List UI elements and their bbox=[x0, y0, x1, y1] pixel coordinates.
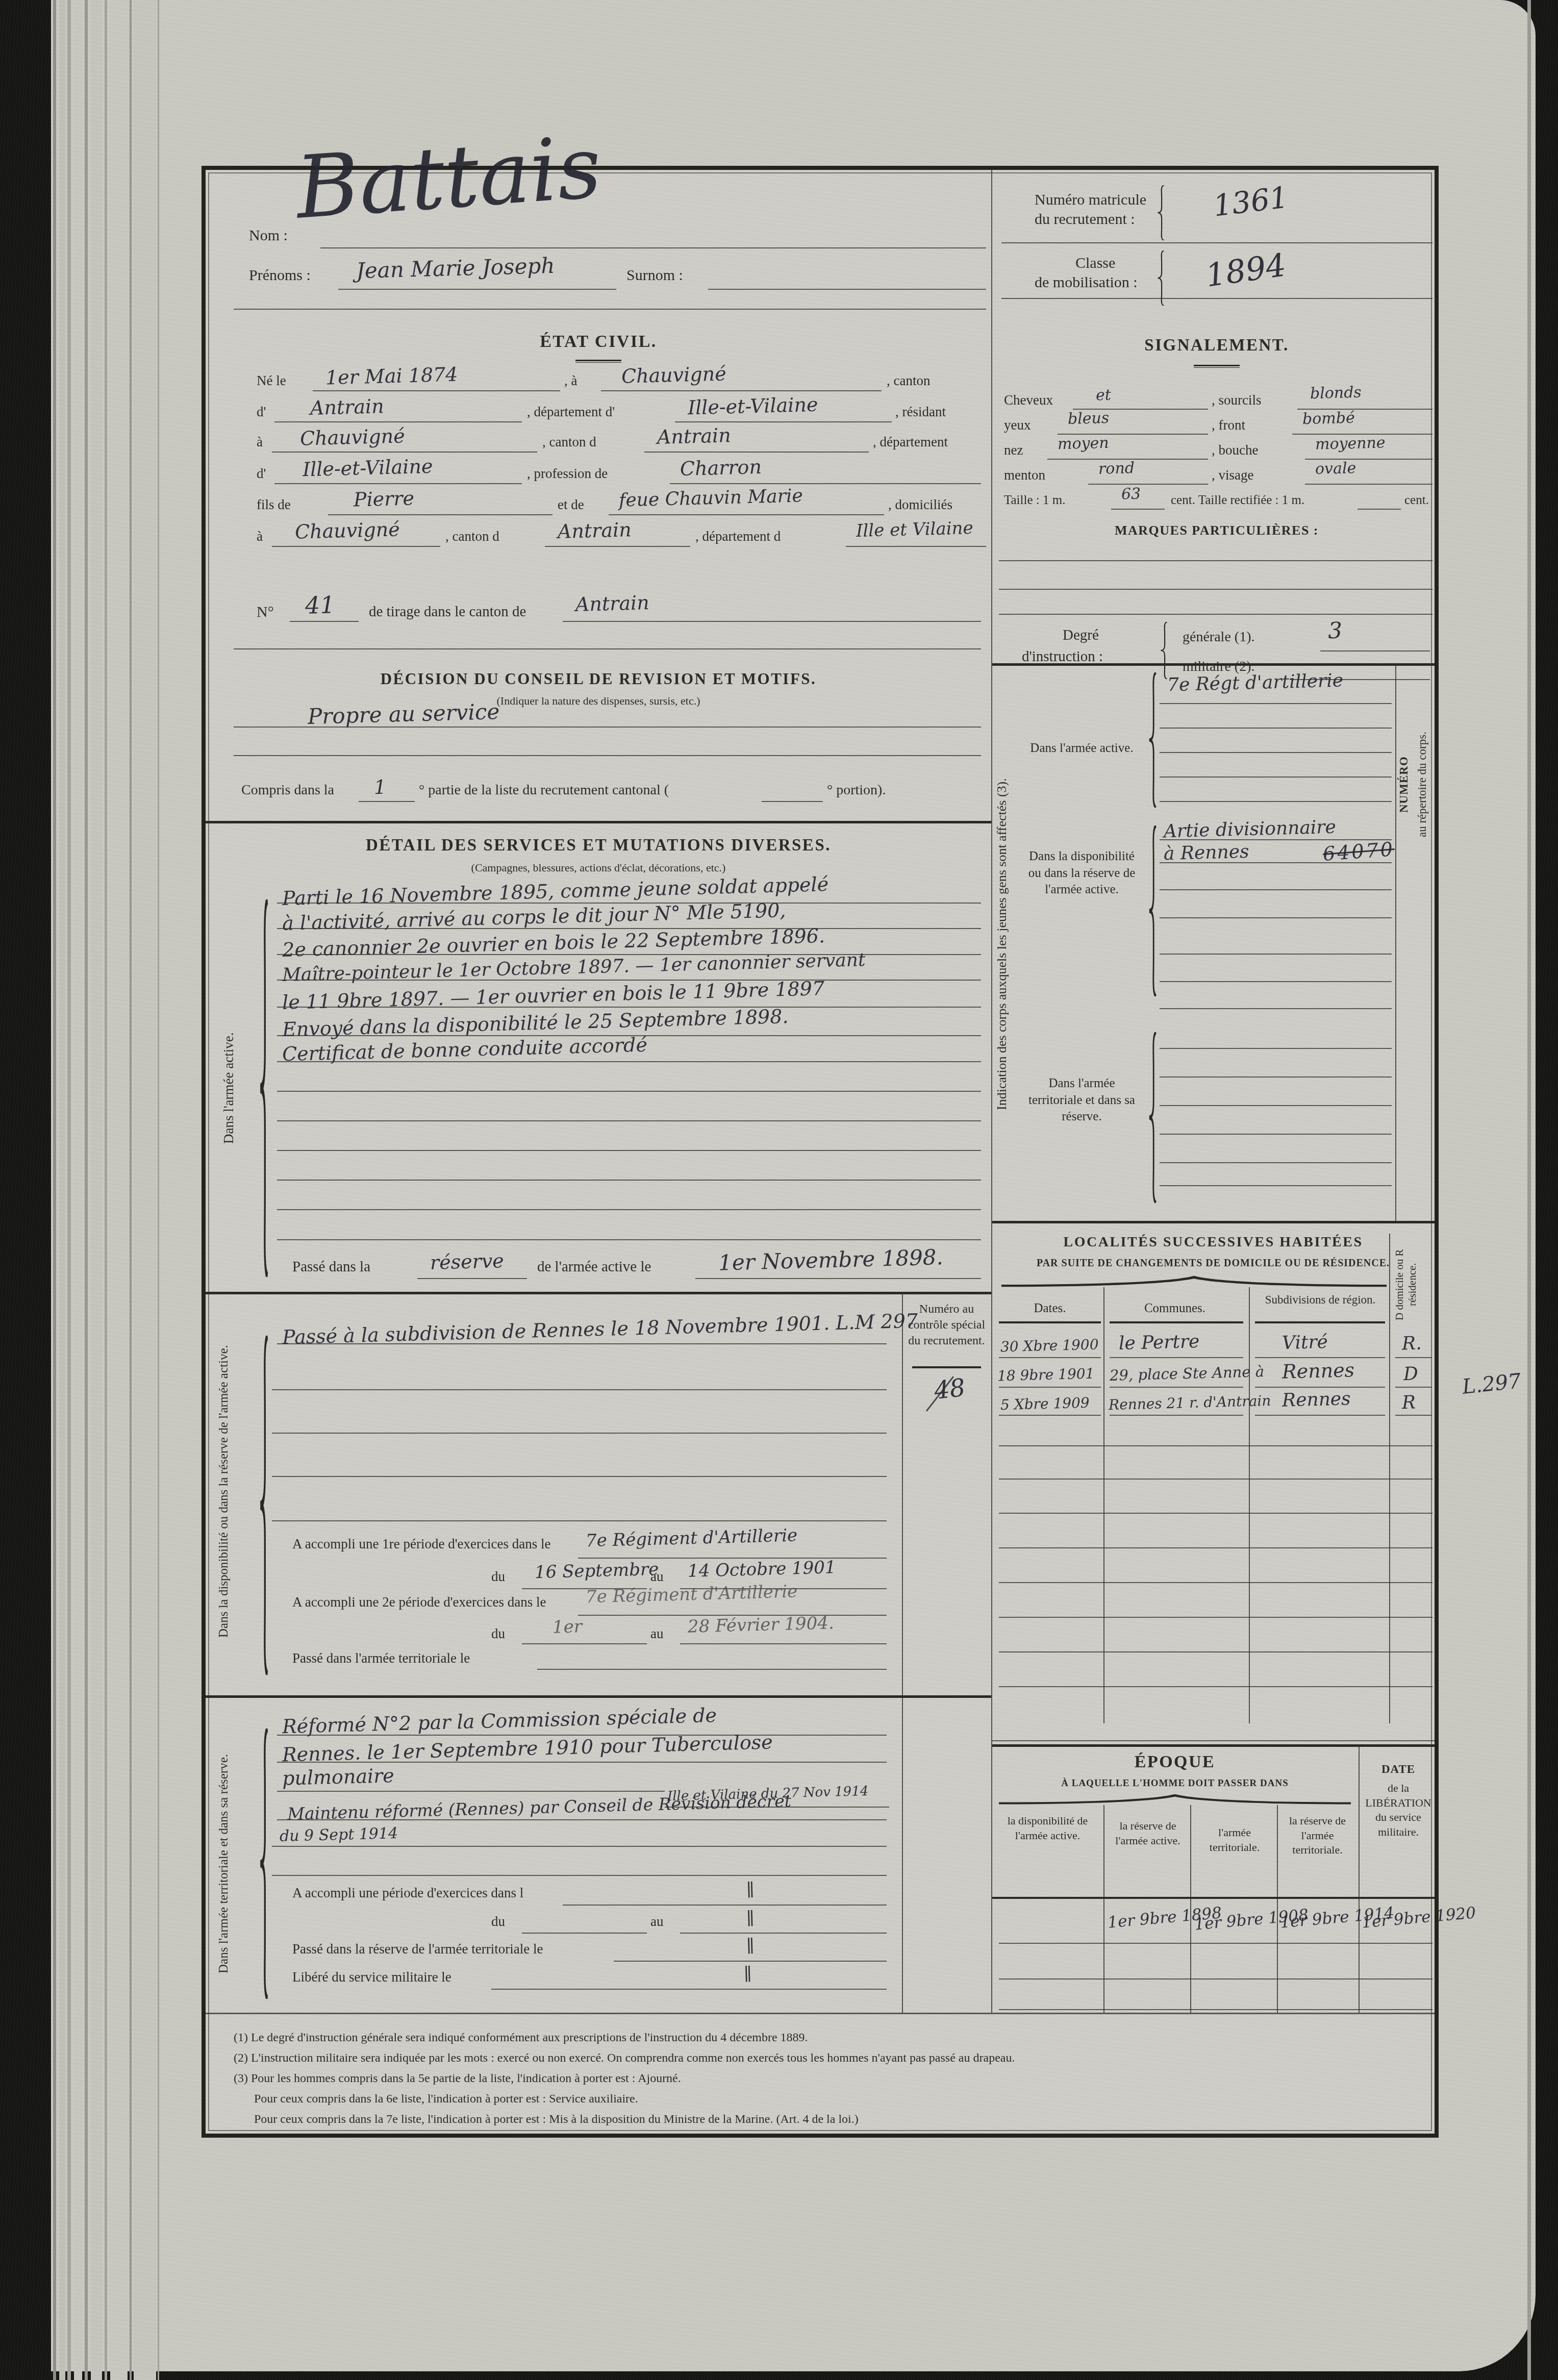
row-rule bbox=[1255, 1387, 1385, 1388]
nom-label: Nom : bbox=[249, 227, 288, 244]
fill-line bbox=[234, 726, 981, 728]
ec-l3-p3: , département bbox=[873, 434, 948, 450]
terr-reserve-label: Passé dans la réserve de l'armée territo… bbox=[292, 1941, 543, 1957]
classe-label-line2: de mobilisation : bbox=[1035, 274, 1138, 291]
matricule-label-line2: du recrutement : bbox=[1035, 211, 1135, 228]
null-mark: ∥ bbox=[746, 1909, 755, 1929]
blank-ruled-line bbox=[234, 309, 986, 310]
localites-row-dr: D bbox=[1403, 1364, 1418, 1385]
fill-line bbox=[1111, 509, 1165, 510]
brace-ornament bbox=[999, 1794, 1351, 1806]
front-value: bombé bbox=[1302, 409, 1355, 429]
blank-ruled-line bbox=[999, 614, 1433, 615]
blank-ruled-line bbox=[999, 1445, 1433, 1446]
periode1-label: A accompli une 1re période d'exercices d… bbox=[292, 1536, 550, 1552]
blank-ruled-line bbox=[999, 1582, 1433, 1583]
null-mark: ∥ bbox=[746, 1880, 755, 1900]
nez-value: moyen bbox=[1058, 434, 1109, 454]
compris-p3: ° portion). bbox=[827, 782, 886, 798]
row-rule bbox=[1110, 1387, 1243, 1388]
ec-l5-p2: et de bbox=[558, 497, 584, 513]
section-divider bbox=[992, 663, 1435, 666]
sourcils-value: blonds bbox=[1310, 384, 1362, 403]
libere-label: Libéré du service militaire le bbox=[292, 1969, 451, 1985]
table-top-rule-thick bbox=[992, 1744, 1435, 1747]
blank-ruled-line bbox=[1160, 1076, 1392, 1078]
decision-subtitle: (Indiquer la nature des dispenses, sursi… bbox=[497, 694, 700, 708]
bouche-value: moyenne bbox=[1315, 434, 1386, 454]
fill-line bbox=[601, 390, 882, 391]
fill-line bbox=[563, 621, 981, 622]
fill-line bbox=[274, 483, 522, 484]
decision-value: Propre au service bbox=[307, 699, 499, 729]
blank-ruled-line bbox=[272, 1433, 887, 1434]
classe-value: 1894 bbox=[1203, 246, 1288, 294]
corps-terr-label: Dans l'armée territoriale et dans sa rés… bbox=[1022, 1075, 1142, 1125]
terr-periode-label: A accompli une période d'exercices dans … bbox=[292, 1885, 523, 1901]
cheveux-label: Cheveux bbox=[1004, 392, 1053, 408]
numero-column-divider bbox=[1395, 663, 1396, 1222]
ec-l2-p1: d' bbox=[257, 404, 266, 420]
blank-ruled-line bbox=[272, 1389, 887, 1390]
ec-l2-p3: , résidant bbox=[895, 404, 946, 420]
controle-column-divider bbox=[902, 1292, 903, 2013]
taille-p2: cent. Taille rectifiée : 1 m. bbox=[1171, 493, 1304, 508]
services-title: DÉTAIL DES SERVICES ET MUTATIONS DIVERSE… bbox=[366, 836, 831, 855]
blank-ruled-line bbox=[1160, 1008, 1392, 1009]
fill-line bbox=[522, 1643, 647, 1644]
localites-subtitle: PAR SUITE DE CHANGEMENTS DE DOMICILE OU … bbox=[1037, 1258, 1390, 1269]
brace-ornament bbox=[1155, 250, 1167, 306]
instruction-label-1: Degré bbox=[1063, 627, 1099, 644]
compris-v1: 1 bbox=[373, 776, 386, 799]
fill-line bbox=[274, 421, 522, 422]
controle-value: 48 bbox=[933, 1373, 967, 1405]
blank-ruled-line bbox=[999, 589, 1433, 590]
ec-l2-p2: , département d' bbox=[527, 404, 615, 420]
page-stack-edge bbox=[110, 0, 128, 2380]
blank-ruled-line bbox=[999, 1978, 1433, 1980]
epoque-divider bbox=[1103, 1805, 1104, 2013]
fill-line bbox=[1305, 484, 1433, 485]
blank-ruled-line bbox=[1160, 1162, 1392, 1163]
epoque-date-header-top: DATE bbox=[1363, 1762, 1434, 1777]
tirage-v2: Antrain bbox=[575, 591, 649, 616]
matricule-value: 1361 bbox=[1211, 180, 1290, 223]
periode1-du: du bbox=[491, 1569, 505, 1585]
blank-ruled-line bbox=[272, 1520, 887, 1521]
corps-active-value: 7e Régt d'artillerie bbox=[1167, 670, 1344, 695]
blank-ruled-line bbox=[277, 1180, 981, 1181]
epoque-title: ÉPOQUE bbox=[1135, 1752, 1216, 1772]
fill-line bbox=[680, 1933, 887, 1934]
fill-line bbox=[313, 390, 560, 391]
section-divider bbox=[206, 1695, 991, 1698]
brace-ornament bbox=[1147, 825, 1159, 996]
corps-active-label: Dans l'armée active. bbox=[1022, 740, 1142, 757]
header-divider bbox=[1001, 298, 1433, 299]
localites-row-date: 30 Xbre 1900 bbox=[1000, 1336, 1099, 1355]
brace-ornament bbox=[1001, 1276, 1387, 1288]
section-divider bbox=[206, 821, 991, 823]
nez-label: nez bbox=[1004, 442, 1023, 458]
prenoms-ruled-line bbox=[338, 289, 616, 290]
fill-line bbox=[522, 1933, 647, 1934]
ec-l4-p1: d' bbox=[257, 466, 266, 482]
yeux-label: yeux bbox=[1004, 417, 1031, 433]
row-rule bbox=[999, 1415, 1101, 1416]
section-divider bbox=[992, 1221, 1435, 1223]
tirage-p1: N° bbox=[257, 604, 274, 621]
localites-divider bbox=[1249, 1287, 1250, 1723]
fill-line bbox=[537, 1669, 887, 1670]
blank-ruled-line bbox=[1160, 752, 1392, 753]
header-rule bbox=[1110, 1321, 1243, 1323]
footnote-2: (2) L'instruction militaire sera indiqué… bbox=[234, 2051, 1015, 2065]
corps-side-label: Indication des corps auxquels les jeunes… bbox=[994, 672, 1016, 1216]
fill-line bbox=[277, 1343, 887, 1344]
signalement-title: SIGNALEMENT. bbox=[1144, 336, 1289, 355]
maintenu-date: du 9 Sept 1914 bbox=[280, 1824, 398, 1845]
epoque-header-rule bbox=[992, 1897, 1435, 1899]
surnom-ruled-line bbox=[708, 289, 986, 290]
blank-ruled-line bbox=[999, 1686, 1433, 1687]
epoque-col3-header: l'armée territoriale. bbox=[1194, 1825, 1275, 1855]
blank-ruled-line bbox=[1160, 917, 1392, 918]
yeux-value: bleus bbox=[1068, 409, 1110, 428]
ec-l5-v1: Pierre bbox=[353, 487, 414, 511]
blank-ruled-line bbox=[1160, 776, 1392, 778]
fill-line bbox=[277, 1007, 981, 1008]
terr-side-label: Dans l'armée territoriale et dans sa rés… bbox=[217, 1726, 257, 2001]
fill-line bbox=[670, 483, 981, 484]
blank-ruled-line bbox=[999, 1617, 1433, 1618]
row-rule bbox=[1395, 1415, 1432, 1416]
localites-col-communes: Communes. bbox=[1144, 1301, 1205, 1316]
terr-au: au bbox=[650, 1914, 663, 1930]
row-rule bbox=[1395, 1357, 1432, 1358]
header-divider bbox=[1001, 242, 1433, 243]
etat-civil-title: ÉTAT CIVIL. bbox=[540, 332, 657, 352]
fill-line bbox=[614, 1961, 887, 1962]
ec-l4-v2: Charron bbox=[680, 456, 762, 480]
fill-line bbox=[1088, 484, 1208, 485]
brace-ornament bbox=[1147, 1032, 1159, 1203]
null-mark: ∥ bbox=[746, 1936, 755, 1957]
periode1-from: 16 Septembre bbox=[535, 1559, 659, 1583]
ec-l6-p3: , département d bbox=[695, 529, 781, 544]
fill-line bbox=[328, 514, 552, 515]
fill-line bbox=[417, 1278, 527, 1279]
fill-line bbox=[846, 546, 986, 547]
page-stack-edge bbox=[91, 0, 102, 2380]
fill-line bbox=[277, 1791, 665, 1792]
blank-ruled-line bbox=[1160, 889, 1392, 890]
row-rule bbox=[999, 1943, 1433, 1944]
tirage-p2: de tirage dans le canton de bbox=[369, 604, 526, 620]
decision-title: DÉCISION DU CONSEIL DE REVISION ET MOTIF… bbox=[381, 670, 817, 688]
corps-dispo-value-2: à Rennes bbox=[1163, 841, 1249, 864]
matricule-label-line1: Numéro matricule bbox=[1035, 191, 1146, 209]
compris-p1: Compris dans la bbox=[241, 782, 334, 798]
brace-ornament bbox=[258, 899, 271, 1277]
ec-l1-p2: , à bbox=[564, 373, 577, 389]
footnote-3: (3) Pour les hommes compris dans la 5e p… bbox=[234, 2072, 681, 2086]
fill-line bbox=[277, 1762, 887, 1763]
blank-ruled-line bbox=[1160, 1105, 1392, 1106]
fill-line bbox=[277, 1061, 981, 1062]
visage-label: , visage bbox=[1212, 467, 1253, 483]
localites-divider bbox=[1103, 1287, 1104, 1723]
fill-line bbox=[1160, 728, 1392, 729]
fill-line bbox=[695, 1278, 981, 1279]
blank-ruled-line bbox=[999, 1513, 1433, 1514]
title-rule bbox=[575, 360, 621, 363]
ec-l5-p3: , domiciliés bbox=[888, 497, 952, 513]
blank-ruled-line bbox=[277, 1120, 981, 1121]
ec-l6-v1: Chauvigné bbox=[294, 518, 400, 543]
reforme-line: Rennes. le 1er Septembre 1910 pour Tuber… bbox=[282, 1731, 773, 1766]
numero-repertoire-label-1: NUMÉRO bbox=[1397, 678, 1415, 892]
ec-l3-p1: à bbox=[257, 434, 263, 450]
footnote-5: Pour ceux compris dans la 7e liste, l'in… bbox=[254, 2113, 859, 2126]
reforme-line: Réformé N°2 par la Commission spéciale d… bbox=[282, 1704, 717, 1738]
blank-ruled-line bbox=[277, 1239, 981, 1240]
ec-l1-v2: Chauvigné bbox=[621, 362, 726, 387]
fill-line bbox=[277, 928, 981, 929]
cheveux-value: et bbox=[1096, 386, 1112, 405]
blank-ruled-line bbox=[277, 1091, 981, 1092]
row-rule bbox=[1395, 1387, 1432, 1388]
numero-repertoire-label-2: au répertoire du corps. bbox=[1416, 672, 1431, 897]
ec-l1-v1: 1er Mai 1874 bbox=[325, 363, 458, 389]
periode1-au: au bbox=[650, 1569, 663, 1585]
fill-line bbox=[277, 954, 981, 955]
brace-ornament bbox=[258, 1728, 271, 1999]
column-divider bbox=[991, 170, 992, 2013]
marques-label: MARQUES PARTICULIÈRES : bbox=[1115, 523, 1319, 538]
localites-row-dr: R bbox=[1401, 1392, 1416, 1414]
compris-p2: ° partie de la liste du recrutement cant… bbox=[419, 782, 669, 798]
row-rule bbox=[999, 1357, 1101, 1358]
epoque-col2-header: la réserve de l'armée active. bbox=[1108, 1819, 1188, 1848]
blank-ruled-line bbox=[999, 2009, 1433, 2010]
blank-ruled-line bbox=[999, 1651, 1433, 1652]
periode1-to: 14 Octobre 1901 bbox=[688, 1557, 837, 1582]
blank-ruled-line bbox=[999, 1547, 1433, 1548]
ec-l6-v3: Ille et Vilaine bbox=[856, 518, 974, 541]
periode2-from: 1er bbox=[552, 1616, 582, 1638]
brace-ornament bbox=[1155, 185, 1167, 240]
row-rule bbox=[1110, 1415, 1243, 1416]
corps-dispo-crossed-number: 64070 bbox=[1322, 838, 1396, 865]
periode2-to: 28 Février 1904. bbox=[688, 1613, 835, 1637]
table-top-rule bbox=[992, 1740, 1435, 1741]
fill-line bbox=[644, 452, 869, 453]
periode2-value: 7e Régiment d'Artillerie bbox=[586, 1582, 798, 1608]
ec-l3-v1: Chauvigné bbox=[299, 424, 405, 449]
fill-line bbox=[680, 1643, 887, 1644]
epoque-divider bbox=[1359, 1744, 1360, 2013]
front-label: , front bbox=[1212, 417, 1245, 433]
sourcils-label: , sourcils bbox=[1212, 392, 1262, 408]
prenoms-label: Prénoms : bbox=[249, 267, 311, 284]
brace-ornament bbox=[1147, 672, 1159, 808]
blank-ruled-line bbox=[1160, 954, 1392, 955]
fill-line bbox=[545, 546, 690, 547]
page-stack-edge bbox=[74, 0, 82, 2380]
fill-line bbox=[491, 1989, 887, 1990]
page-stack-edge bbox=[134, 0, 156, 2380]
controle-rule bbox=[912, 1366, 981, 1368]
ec-l6-p2: , canton d bbox=[445, 529, 499, 544]
blank-ruled-line bbox=[1160, 801, 1392, 802]
surname-script: Battais bbox=[293, 117, 605, 238]
taille-value: 63 bbox=[1121, 485, 1141, 504]
localites-row-subdivision: Vitré bbox=[1281, 1332, 1328, 1354]
nom-ruled-line bbox=[320, 247, 986, 248]
ec-l5-v2: feue Chauvin Marie bbox=[619, 485, 803, 511]
brace-ornament bbox=[258, 1336, 271, 1675]
passe-reserve-p1: Passé dans la bbox=[292, 1259, 370, 1275]
fill-line bbox=[359, 801, 415, 802]
localites-row-subdivision: Rennes bbox=[1281, 1359, 1354, 1383]
taille-p3: cent. bbox=[1404, 493, 1429, 508]
epoque-col1-header: la disponibilité de l'armée active. bbox=[995, 1814, 1100, 1843]
section-divider bbox=[206, 1292, 991, 1294]
corps-dispo-label: Dans la disponibilité ou dans la réserve… bbox=[1022, 848, 1142, 898]
header-rule bbox=[1255, 1321, 1385, 1323]
fill-line bbox=[277, 1819, 887, 1820]
fill-line bbox=[1160, 862, 1392, 863]
services-subtitle: (Campagnes, blessures, actions d'éclat, … bbox=[471, 861, 726, 874]
tirage-v1: 41 bbox=[305, 591, 335, 619]
blank-ruled-line bbox=[1160, 1134, 1392, 1135]
blank-ruled-line bbox=[277, 1150, 981, 1151]
epoque-date-header-rest: de la LIBÉRATION du service militaire. bbox=[1363, 1781, 1434, 1839]
ec-l4-p2: , profession de bbox=[527, 466, 608, 482]
fill-line bbox=[563, 1905, 887, 1906]
terr-du: du bbox=[491, 1914, 505, 1930]
blank-ruled-line bbox=[234, 755, 981, 756]
localites-row-subdivision: Rennes bbox=[1281, 1388, 1351, 1411]
form-frame: Nom : Prénoms : Jean Marie Joseph Surnom… bbox=[202, 166, 1439, 2138]
fill-line bbox=[762, 801, 823, 802]
ec-l3-p2: , canton d bbox=[542, 434, 596, 450]
surnom-label: Surnom : bbox=[626, 267, 683, 284]
taille-p1: Taille : 1 m. bbox=[1004, 493, 1065, 508]
menton-value: rond bbox=[1098, 459, 1135, 478]
blank-ruled-line bbox=[272, 1476, 887, 1477]
ec-l6-v2: Antrain bbox=[557, 518, 632, 543]
page-stack-edge bbox=[130, 0, 132, 2380]
instruction-generale-value: 3 bbox=[1327, 618, 1342, 644]
fill-line bbox=[290, 621, 359, 622]
localites-row-date: 5 Xbre 1909 bbox=[1000, 1394, 1090, 1414]
ec-l2-v2: Ille-et-Vilaine bbox=[687, 393, 818, 419]
blank-ruled-line bbox=[999, 1479, 1433, 1480]
controle-label: Numéro au contrôle spécial du recrutemen… bbox=[907, 1301, 986, 1349]
epoque-col4-header: la réserve de l'armée territoriale. bbox=[1278, 1814, 1356, 1858]
ec-l4-v1: Ille-et-Vilaine bbox=[302, 455, 433, 481]
fill-line bbox=[272, 1846, 887, 1847]
localites-col-subdiv: Subdivisions de région. bbox=[1259, 1292, 1381, 1308]
corps-dispo-value-1: Artie divisionnaire bbox=[1164, 817, 1337, 842]
passe-reserve-v2: 1er Novembre 1898. bbox=[718, 1244, 943, 1275]
subdivision-entry: Passé à la subdivision de Rennes le 18 N… bbox=[282, 1310, 918, 1349]
epoque-subtitle: À LAQUELLE L'HOMME DOIT PASSER DANS bbox=[1061, 1778, 1289, 1789]
fill-line bbox=[1358, 509, 1401, 510]
page-stack-edge bbox=[85, 0, 88, 2380]
fill-line bbox=[1320, 650, 1430, 652]
blank-ruled-line bbox=[999, 560, 1433, 561]
page-stack-edge bbox=[59, 0, 65, 2380]
periode2-au: au bbox=[650, 1626, 663, 1642]
ec-l6-p1: à bbox=[257, 529, 263, 544]
ec-l2-v1: Antrain bbox=[310, 395, 384, 419]
brace-ornament bbox=[1159, 622, 1170, 679]
page-stack-edge bbox=[158, 0, 159, 2380]
ec-l1-p3: , canton bbox=[887, 373, 930, 389]
blank-ruled-line bbox=[1160, 1185, 1392, 1186]
fill-line bbox=[675, 421, 892, 422]
blank-ruled-line bbox=[1160, 981, 1392, 982]
localites-title: LOCALITÉS SUCCESSIVES HABITÉES bbox=[1064, 1234, 1363, 1250]
fill-line bbox=[277, 980, 981, 981]
ec-l3-v2: Antrain bbox=[657, 424, 731, 448]
visage-value: ovale bbox=[1315, 459, 1356, 478]
bouche-label: , bouche bbox=[1212, 442, 1258, 458]
page-stack-edge bbox=[105, 0, 107, 2380]
fill-line bbox=[609, 514, 884, 515]
periode2-label: A accompli une 2e période d'exercices da… bbox=[292, 1594, 546, 1610]
reforme-line: pulmonaire bbox=[282, 1764, 394, 1790]
footnote-divider bbox=[206, 2013, 1435, 2014]
title-rule bbox=[1194, 365, 1240, 368]
territoriale-label: Passé dans l'armée territoriale le bbox=[292, 1650, 470, 1666]
classe-label-line1: Classe bbox=[1075, 255, 1115, 272]
fill-line bbox=[272, 452, 537, 453]
fill-line bbox=[272, 546, 440, 547]
localites-row-commune: Rennes 21 r. d'Antrain bbox=[1109, 1392, 1271, 1413]
localites-col-dr: D domicile ou R résidence. bbox=[1393, 1234, 1426, 1336]
fill-line bbox=[578, 1558, 887, 1559]
blank-ruled-line bbox=[277, 1209, 981, 1210]
services-side-label: Dans l'armée active. bbox=[221, 910, 242, 1267]
dispo-side-label: Dans la disponibilité ou dans la réserve… bbox=[217, 1313, 257, 1670]
page-right-edge bbox=[1527, 0, 1531, 2380]
localites-row-commune: 29, place Ste Anne à bbox=[1110, 1363, 1265, 1384]
page-stack-edge bbox=[53, 0, 56, 2380]
instruction-generale-label: générale (1). bbox=[1183, 629, 1254, 645]
row-rule bbox=[1255, 1415, 1385, 1416]
periode1-value: 7e Régiment d'Artillerie bbox=[586, 1525, 798, 1551]
localites-row-date: 18 9bre 1901 bbox=[997, 1365, 1095, 1385]
ec-l5-p1: fils de bbox=[257, 497, 291, 513]
localites-row-dr: R. bbox=[1401, 1333, 1422, 1355]
prenoms-value: Jean Marie Joseph bbox=[356, 253, 555, 283]
blank-ruled-line bbox=[272, 1875, 887, 1876]
row-rule bbox=[1255, 1357, 1385, 1358]
row-rule bbox=[999, 1387, 1101, 1388]
footnote-1: (1) Le degré d'instruction générale sera… bbox=[234, 2031, 808, 2045]
scanned-register-page: L.297 Battais Nom : Prénoms : Jean Marie… bbox=[0, 0, 1558, 2380]
passe-reserve-v1: réserve bbox=[430, 1249, 504, 1274]
passe-reserve-p2: de l'armée active le bbox=[537, 1259, 651, 1275]
blank-ruled-line bbox=[1160, 1048, 1392, 1049]
footnote-4: Pour ceux compris dans la 6e liste, l'in… bbox=[254, 2092, 638, 2106]
localites-row-commune: le Pertre bbox=[1118, 1331, 1199, 1354]
